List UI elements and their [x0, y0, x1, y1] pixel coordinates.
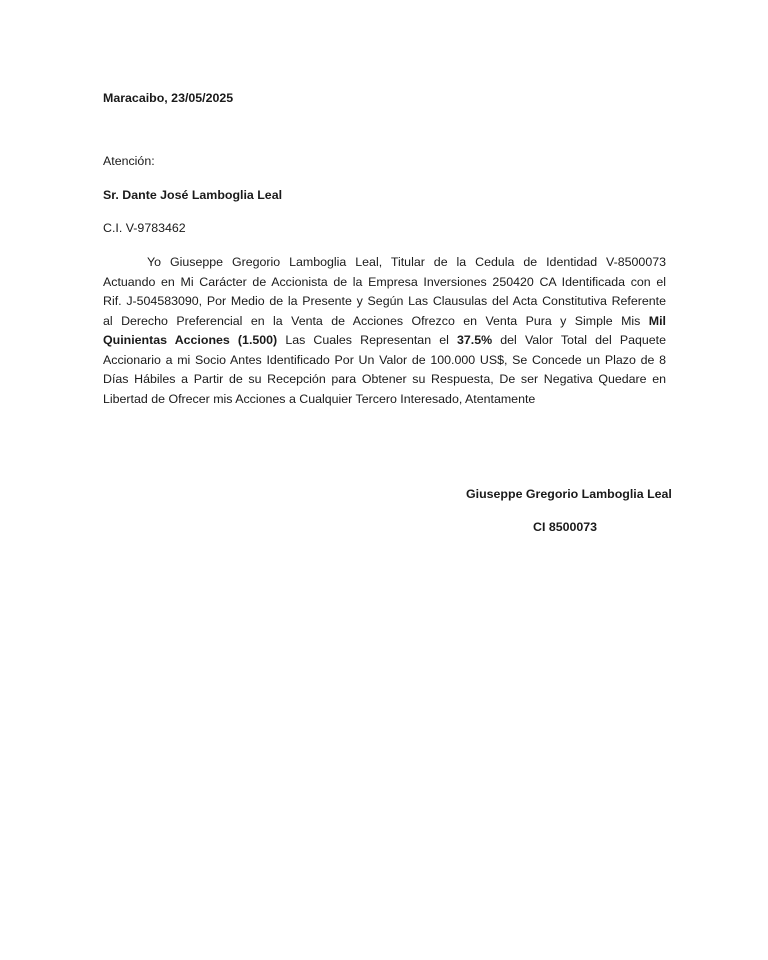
body-text: Yo Giuseppe Gregorio Lamboglia Leal, Tit…	[147, 255, 666, 269]
signature-id: CI 8500073	[533, 520, 597, 534]
body-text: Actuando en Mi Carácter de Accionista de…	[103, 275, 666, 289]
date-line: Maracaibo, 23/05/2025	[103, 91, 233, 105]
attention-label: Atención:	[103, 154, 155, 168]
body-text-bold: Quinientas Acciones (1.500)	[103, 333, 277, 347]
body-text: Días Hábiles a Partir de su Recepción pa…	[103, 372, 666, 386]
letter-body: Yo Giuseppe Gregorio Lamboglia Leal, Tit…	[103, 253, 666, 409]
body-line: Accionario a mi Socio Antes Identificado…	[103, 351, 666, 371]
recipient-id: C.I. V-9783462	[103, 221, 186, 235]
recipient-name: Sr. Dante José Lamboglia Leal	[103, 188, 282, 202]
document-page: Maracaibo, 23/05/2025 Atención: Sr. Dant…	[0, 0, 768, 960]
body-line: Rif. J-504583090, Por Medio de la Presen…	[103, 292, 666, 312]
body-line: al Derecho Preferencial en la Venta de A…	[103, 312, 666, 332]
body-line: Días Hábiles a Partir de su Recepción pa…	[103, 370, 666, 390]
body-line: Quinientas Acciones (1.500) Las Cuales R…	[103, 331, 666, 351]
body-text: al Derecho Preferencial en la Venta de A…	[103, 314, 649, 328]
body-text: Accionario a mi Socio Antes Identificado…	[103, 353, 666, 367]
body-text: Libertad de Ofrecer mis Acciones a Cualq…	[103, 392, 535, 406]
body-line: Libertad de Ofrecer mis Acciones a Cualq…	[103, 390, 666, 410]
body-line: Yo Giuseppe Gregorio Lamboglia Leal, Tit…	[103, 253, 666, 273]
signature-name: Giuseppe Gregorio Lamboglia Leal	[466, 487, 672, 501]
body-text: Las Cuales Representan el	[277, 333, 457, 347]
body-text: Rif. J-504583090, Por Medio de la Presen…	[103, 294, 666, 308]
body-text-bold: Mil	[649, 314, 666, 328]
body-text: del Valor Total del Paquete	[492, 333, 666, 347]
body-text-bold: 37.5%	[457, 333, 492, 347]
body-line: Actuando en Mi Carácter de Accionista de…	[103, 273, 666, 293]
